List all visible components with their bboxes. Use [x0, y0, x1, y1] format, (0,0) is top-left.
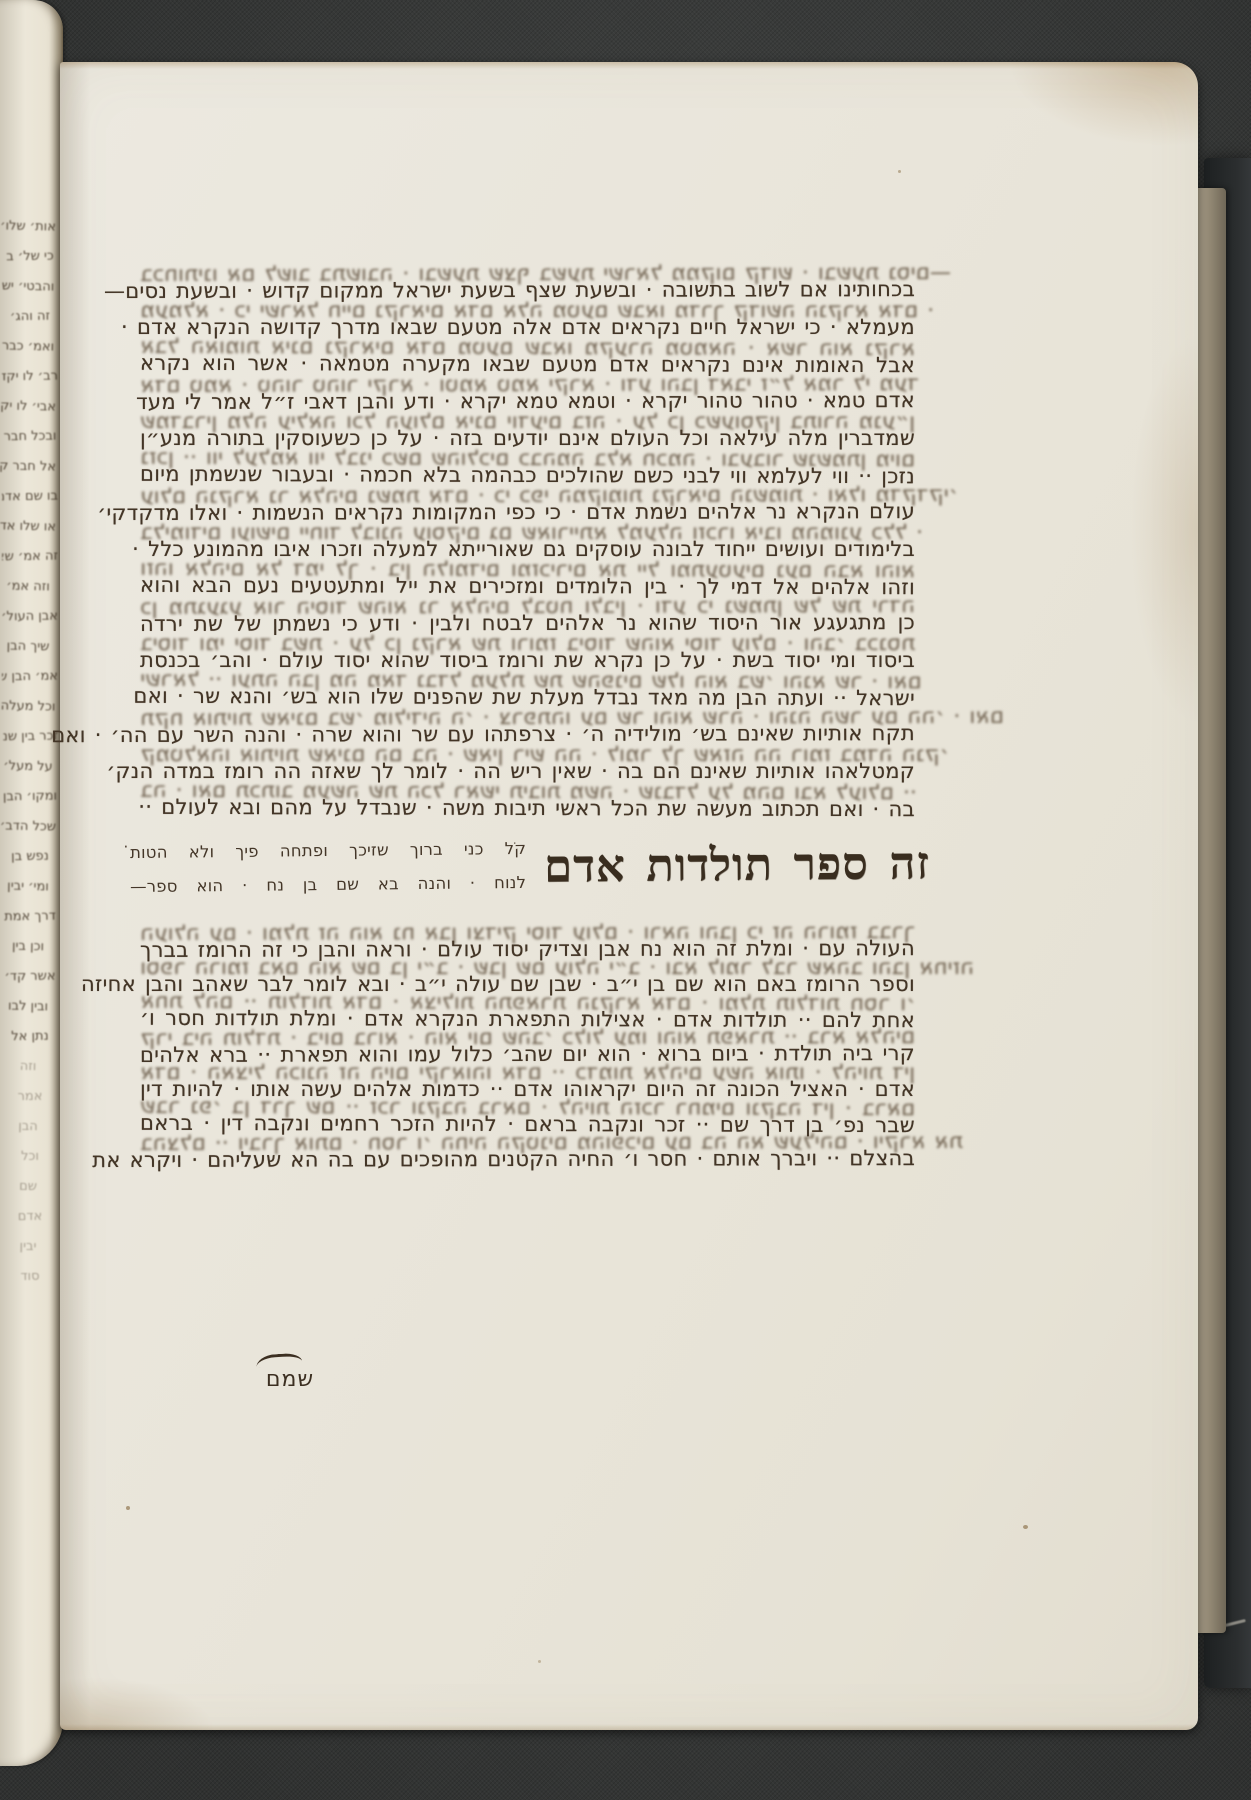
manuscript-line: העולה עם · ומלת זה הוא נח אבן וצדיק יסוד…	[140, 931, 915, 968]
facing-page-text-fragment: וכל מעלה	[0, 691, 56, 722]
facing-page-text-fragment: ובכל חבר	[2, 422, 58, 453]
facing-page-text-fragment: והבטי׳ יש	[0, 271, 56, 302]
manuscript-line: וזהו אלהים אל דמי לך · בין הלומדים ומזכי…	[140, 567, 915, 606]
manuscript-line: בלימודים ועושים ייחוד לבונה עוסקים גם שא…	[140, 531, 915, 568]
section-heading-row: זה ספר תולדות אדם קֹל כני ברוך שזיכך ופת…	[130, 830, 930, 902]
facing-page-text-fragment: אמר	[2, 1082, 58, 1113]
manuscript-line: קרי ביה תולדת · ביום ברוא · הוא יום שהב׳…	[140, 1036, 915, 1073]
facing-page-text-fragment: וכן בין	[0, 931, 56, 962]
facing-page-text-fragment: יבין	[0, 1231, 56, 1262]
facing-page-text-fragment: ואמ׳ כבר	[0, 331, 56, 362]
facing-page-text-fragment: וזה אמ׳	[0, 571, 56, 602]
facing-page-text-fragment: אות׳ שלו׳	[0, 211, 56, 242]
manuscript-line: בכחותינו אם לשוב בתשובה · ובשעת שצף בשעת…	[140, 271, 915, 310]
facing-page-text-fragment: וכל	[2, 1142, 58, 1173]
manuscript-line: קמטלאהו אותיות שאינם הם בה · שאין ריש הה…	[140, 753, 915, 790]
facing-page-text-fragment: אשר קד׳	[2, 962, 58, 993]
facing-page-text-fragment: שם	[0, 1171, 56, 1202]
facing-page-text-fragment: רב׳ לו יקד	[2, 362, 58, 393]
manuscript-line: ישראל ·· ועתה הבן מה מאד נבדל מעלת שת שה…	[140, 678, 915, 717]
manuscript-photo: אות׳ שלו׳כי של׳ בוהבטי׳ ישזה והג׳ואמ׳ כב…	[0, 0, 1251, 1800]
manuscript-line: עולם הנקרא נר אלהים נשמת אדם · כי כפי המ…	[140, 493, 915, 532]
facing-page-text-fragment: כי של׳ ב	[2, 242, 58, 273]
facing-page-text-fragment: אבי׳ לו יקר	[0, 391, 56, 422]
heading-side-note-line: קֹל כני ברוך שזיכך ופתחה פיך ולא הטות̇	[130, 832, 526, 870]
stain-speck	[1023, 1525, 1028, 1529]
heading-side-note: קֹל כני ברוך שזיכך ופתחה פיך ולא הטות̇לנ…	[130, 830, 526, 902]
facing-page-text-fragment: אל חבר קד׳	[0, 451, 56, 482]
facing-page-text-fragment: זה והג׳	[2, 302, 58, 333]
manuscript-line: שמדברין מלה עילאה וכל העולם אינם יודעים …	[140, 420, 915, 457]
facing-page-text-fragment: נפש בן	[2, 842, 58, 873]
manuscript-line: שבר נפ׳ בן דרך שם ·· זכר ונקבה בראם · לה…	[140, 1106, 915, 1143]
heading-side-note-line: לנוח · והנה בא שם בן נח · הוא ספר—	[130, 866, 526, 904]
facing-page-text-fragment: זכר בין שנא׳	[2, 722, 58, 753]
manuscript-line: אבל האומות אינם נקראים אדם מטעם שבאו מקע…	[140, 345, 915, 384]
manuscript-line: כן מתגעגע אור היסוד שהוא נר אלהים לבטח ו…	[140, 604, 915, 643]
catchword: שמם	[250, 1354, 330, 1392]
section-heading: זה ספר תולדות אדם	[544, 828, 930, 901]
facing-page-text-fragment: וזה	[0, 1051, 56, 1082]
manuscript-line: וספר הרומז באם הוא שם בן י״ב · שבן שם עו…	[140, 967, 915, 1002]
facing-page-text-fragment: אמ׳ הבן שנא׳	[2, 662, 58, 693]
manuscript-line: אדם טמא · טהור טהור יקרא · וטמא טמא יקרא…	[140, 382, 915, 421]
manuscript-line: אחת להם ·· תולדות אדם · אצילות התפארת הנ…	[140, 1001, 915, 1038]
facing-page-edge: אות׳ שלו׳כי של׳ בוהבטי׳ ישזה והג׳ואמ׳ כב…	[0, 0, 63, 1766]
facing-page-text-fragment: או שלו אד׳	[0, 511, 56, 542]
catchword-text: שמם	[250, 1367, 330, 1392]
manuscript-line: אדם · האציל הכונה זה היום יקראוהו אדם ··…	[140, 1072, 915, 1107]
facing-page-text-fragment: ומי׳ יבין	[0, 871, 56, 902]
facing-page-text-fragment: הבן	[0, 1111, 56, 1142]
facing-page-text-fragment: אבן העול׳	[2, 602, 58, 633]
manuscript-line: בהצלם ·· ויברך אותם · חסר ו׳ החיה הקטנים…	[140, 1141, 915, 1178]
facing-page-text-fragment: שכל הדב׳	[0, 811, 56, 842]
facing-page-text-fragment: שיך הבן	[0, 631, 56, 662]
facing-page-text-fragment: בו שם אדם	[2, 482, 58, 513]
facing-page-text-column: אות׳ שלו׳כי של׳ בוהבטי׳ ישזה והג׳ואמ׳ כב…	[0, 212, 56, 1292]
lower-text-block: העולה עם · ומלת זה הוא נח אבן וצדיק יסוד…	[140, 932, 915, 1177]
stain-speck	[898, 170, 901, 173]
book-fore-edge	[1194, 188, 1226, 1633]
manuscript-line: ביסוד ומי יסוד בשת · על כן נקרא שת ורומז…	[140, 642, 915, 679]
facing-page-text-fragment: סוד	[2, 1262, 58, 1293]
upper-text-block: בכחותינו אם לשוב בתשובה · ובשעת שצף בשעת…	[140, 272, 915, 827]
facing-page-text-fragment: זה אמ׳ שאי׳	[2, 542, 58, 573]
facing-page-text-fragment: על מעל׳	[0, 751, 56, 782]
facing-page-text-fragment: נתן אל	[2, 1022, 58, 1053]
manuscript-line: תקח אותיות שאינם בש׳ מולידיה ה׳ · צרפתהו…	[140, 715, 915, 754]
manuscript-page: בכחותינו אם לשוב בתשובה · ובשעת שצף בשעת…	[60, 62, 1198, 1730]
catchword-overline-mark	[256, 1352, 303, 1367]
facing-page-text-fragment: דרך אמת	[2, 902, 58, 933]
stain-speck	[538, 1660, 541, 1663]
manuscript-line: בה · ואם תכתוב מעשה שת הכל ראשי תיבות מש…	[140, 789, 915, 828]
stain-speck	[126, 1506, 130, 1510]
manuscript-line: מעמלא · כי ישראל חיים נקראים אדם אלה מטע…	[140, 309, 915, 346]
facing-page-text-fragment: ומקו׳ הבן	[2, 782, 58, 813]
facing-page-text-fragment: ובין לבו	[0, 991, 56, 1022]
facing-page-text-fragment: אדם	[2, 1202, 58, 1233]
manuscript-line: נזכן ·· ווי לעלמא ווי לבני כשם שהולכים כ…	[140, 456, 915, 495]
